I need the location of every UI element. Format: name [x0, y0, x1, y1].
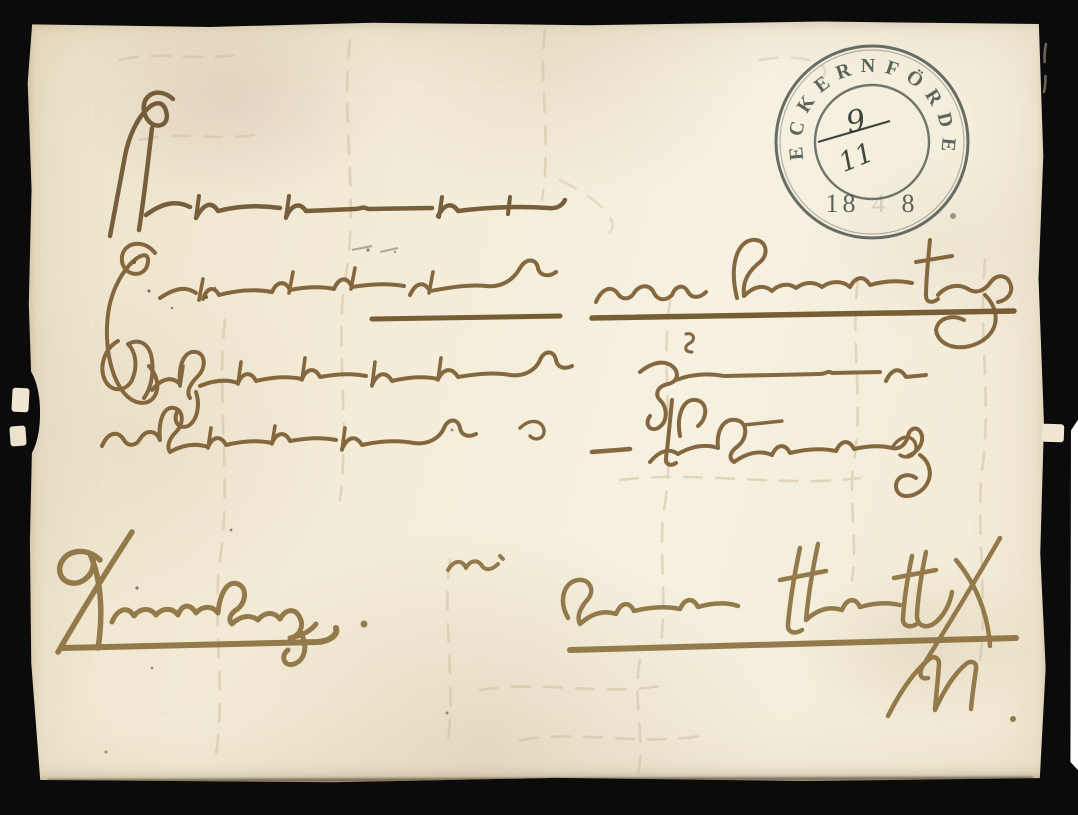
ink-stroke — [896, 455, 930, 496]
speck — [148, 290, 151, 293]
bleed-stroke — [660, 300, 670, 650]
speck — [451, 429, 454, 432]
speck — [135, 586, 138, 589]
speck — [171, 307, 173, 309]
postmark-year-prefix: 18 — [826, 189, 860, 218]
bleed-stroke — [620, 477, 860, 481]
postmark-inner-ring — [815, 85, 929, 199]
letter-artwork: ECKERNFÖRDE 9 11 18 4 8 — [0, 0, 1078, 815]
script-word-hamburg — [58, 532, 368, 665]
script-word-in — [448, 556, 503, 570]
ink-stroke — [152, 352, 572, 427]
ink-stroke — [592, 449, 630, 452]
bleed-stroke — [542, 30, 546, 200]
ink-stroke — [112, 583, 316, 664]
ink-stroke — [146, 200, 565, 218]
speck — [366, 248, 369, 251]
script-line-national-versammlung — [102, 400, 930, 496]
ink-specks — [105, 246, 454, 754]
script-line-herren — [110, 93, 565, 236]
ink-stroke — [563, 580, 738, 624]
ink-stroke — [448, 556, 503, 570]
bleed-stroke — [216, 320, 225, 755]
postmark-manuscript-month: 11 — [835, 137, 878, 179]
postmark-manuscript-day: 9 — [843, 103, 869, 141]
ink-stroke — [640, 363, 926, 429]
ink-stroke — [520, 421, 544, 438]
address-script — [58, 93, 1016, 722]
postmark-year: 18 4 8 — [826, 189, 919, 218]
ink-stroke — [596, 286, 706, 302]
bleedthrough-writing — [120, 30, 1046, 775]
ink-underline — [372, 316, 560, 319]
bleed-stroke — [120, 54, 260, 140]
speck — [394, 251, 396, 253]
bleed-stroke — [1044, 44, 1046, 92]
bleed-stroke — [637, 660, 640, 775]
speck — [105, 751, 108, 754]
ink-stroke — [160, 261, 556, 300]
speck — [151, 667, 154, 670]
ink-stroke — [102, 408, 476, 452]
ink-stroke — [650, 400, 922, 465]
ink-stroke — [888, 657, 976, 716]
ink-stroke — [780, 544, 952, 632]
script-word-frankfurth — [563, 538, 1016, 722]
speck — [446, 712, 449, 715]
bleed-stroke — [480, 686, 700, 740]
postmark-eckernfoerde: ECKERNFÖRDE 9 11 18 4 8 — [776, 46, 968, 238]
postmark-ink-dot — [950, 213, 956, 219]
ink-stroke — [936, 295, 996, 347]
postmark-year-faint-digit: 4 — [872, 189, 889, 218]
script-line-abgeordneten-zur — [102, 341, 926, 429]
pencil-mark — [352, 246, 398, 252]
postmark-year-suffix: 8 — [902, 189, 919, 218]
speck — [230, 529, 233, 532]
ink-stroke — [686, 334, 694, 352]
postmark-town-text: ECKERNFÖRDE — [784, 55, 959, 161]
ink-period — [1010, 716, 1016, 722]
ink-period — [361, 621, 368, 628]
photo-background: ECKERNFÖRDE 9 11 18 4 8 — [0, 0, 1078, 815]
bleed-stroke — [852, 280, 858, 580]
ink-stroke — [734, 240, 1011, 302]
ink-stroke — [58, 532, 132, 652]
ink-stroke — [102, 341, 152, 398]
ink-underline — [570, 638, 1016, 650]
postmark-town-arc: ECKERNFÖRDE — [784, 55, 959, 161]
